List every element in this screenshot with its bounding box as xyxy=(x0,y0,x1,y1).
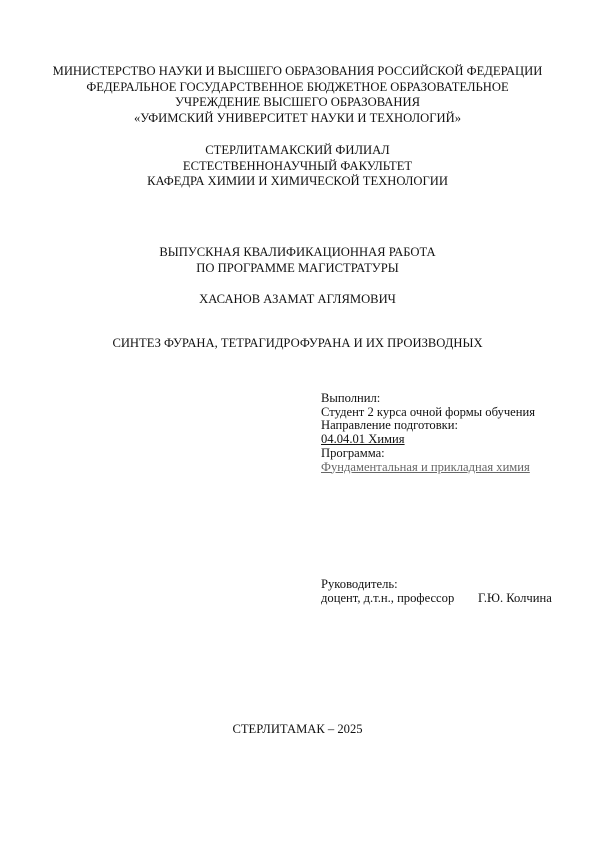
branch-header: СТЕРЛИТАМАКСКИЙ ФИЛИАЛ ЕСТЕСТВЕННОНАУЧНЫ… xyxy=(0,143,595,190)
supervisor-label: Руководитель: xyxy=(321,578,454,592)
author-name: ХАСАНОВ АЗАМАТ АГЛЯМОВИЧ xyxy=(0,292,595,308)
title-page: МИНИСТЕРСТВО НАУКИ И ВЫСШЕГО ОБРАЗОВАНИЯ… xyxy=(0,0,595,841)
header-line: ФЕДЕРАЛЬНОЕ ГОСУДАРСТВЕННОЕ БЮДЖЕТНОЕ ОБ… xyxy=(0,80,595,96)
thesis-topic: СИНТЕЗ ФУРАНА, ТЕТРАГИДРОФУРАНА И ИХ ПРО… xyxy=(0,336,595,352)
program-label: Программа: xyxy=(321,447,535,461)
supervisor-name: Г.Ю. Колчина xyxy=(478,592,552,606)
header-line: МИНИСТЕРСТВО НАУКИ И ВЫСШЕГО ОБРАЗОВАНИЯ… xyxy=(0,64,595,80)
supervisor-position: доцент, д.т.н., профессор xyxy=(321,591,454,605)
city-year: СТЕРЛИТАМАК – 2025 xyxy=(0,722,595,738)
branch-line: ЕСТЕСТВЕННОНАУЧНЫЙ ФАКУЛЬТЕТ xyxy=(0,159,595,175)
work-type: ВЫПУСКНАЯ КВАЛИФИКАЦИОННАЯ РАБОТА ПО ПРО… xyxy=(0,245,595,276)
header-line: «УФИМСКИЙ УНИВЕРСИТЕТ НАУКИ И ТЕХНОЛОГИЙ… xyxy=(0,111,595,127)
supervisor-block: Руководитель: доцент, д.т.н., профессор … xyxy=(321,578,454,605)
header-line: УЧРЕЖДЕНИЕ ВЫСШЕГО ОБРАЗОВАНИЯ xyxy=(0,95,595,111)
work-type-line: ПО ПРОГРАММЕ МАГИСТРАТУРЫ xyxy=(0,261,595,277)
work-type-line: ВЫПУСКНАЯ КВАЛИФИКАЦИОННАЯ РАБОТА xyxy=(0,245,595,261)
branch-line: КАФЕДРА ХИМИИ И ХИМИЧЕСКОЙ ТЕХНОЛОГИИ xyxy=(0,174,595,190)
direction-value: 04.04.01 Химия xyxy=(321,432,405,446)
direction-label: Направление подготовки: xyxy=(321,419,535,433)
performer-label: Выполнил: xyxy=(321,392,535,406)
performer-block: Выполнил: Студент 2 курса очной формы об… xyxy=(321,392,535,474)
ministry-header: МИНИСТЕРСТВО НАУКИ И ВЫСШЕГО ОБРАЗОВАНИЯ… xyxy=(0,64,595,126)
branch-line: СТЕРЛИТАМАКСКИЙ ФИЛИАЛ xyxy=(0,143,595,159)
student-info: Студент 2 курса очной формы обучения xyxy=(321,406,535,420)
program-value: Фундаментальная и прикладная химия xyxy=(321,460,530,474)
